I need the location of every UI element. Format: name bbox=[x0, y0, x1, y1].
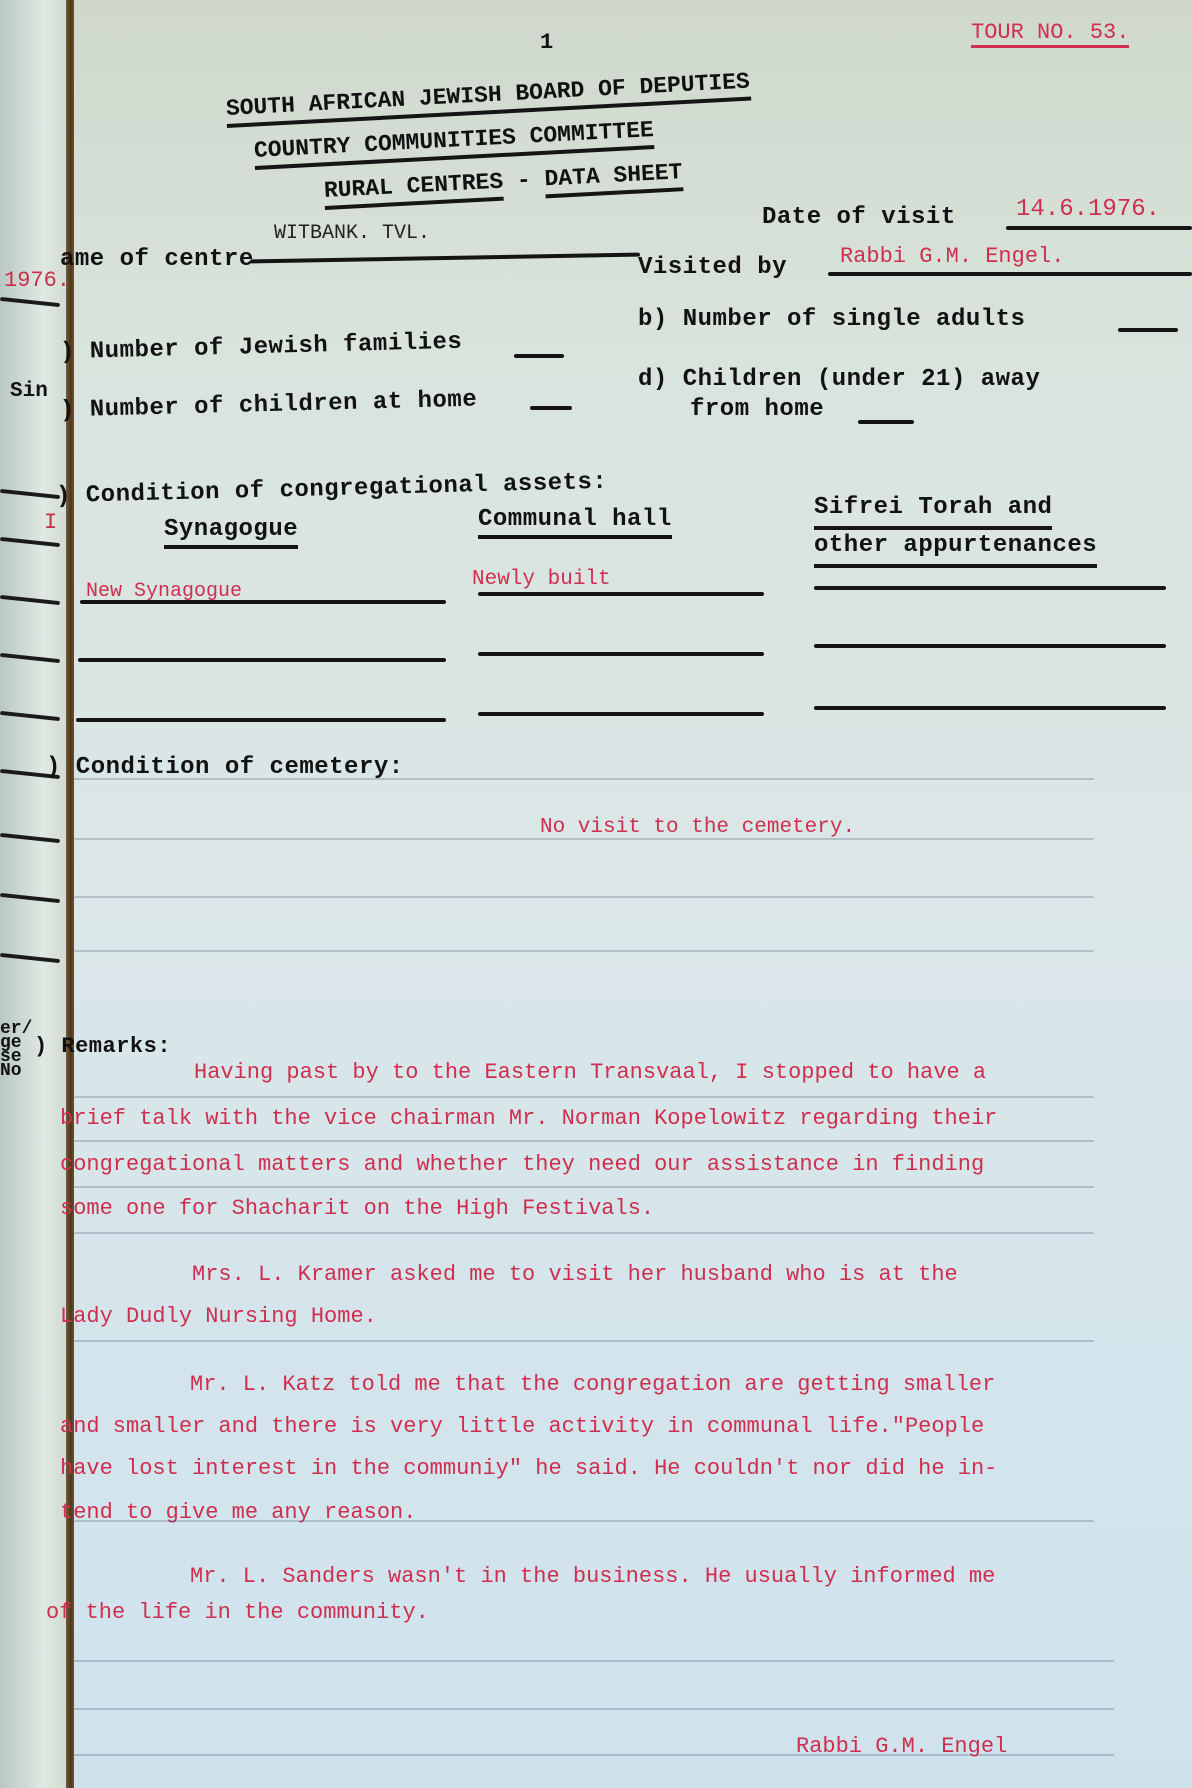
remarks-line bbox=[74, 1232, 1094, 1234]
margin-mark: I bbox=[44, 510, 57, 535]
cemetery-line bbox=[74, 838, 1094, 840]
visited-by-label: Visited by bbox=[638, 254, 787, 281]
committee-title-text: COUNTRY COMMUNITIES COMMITTEE bbox=[253, 117, 654, 170]
remarks-line bbox=[74, 1096, 1094, 1098]
families-field-line[interactable] bbox=[514, 354, 564, 358]
margin-rule bbox=[0, 653, 60, 663]
hall-line-1 bbox=[478, 592, 764, 596]
margin-rule bbox=[0, 711, 60, 721]
tour-number: TOUR NO. 53. bbox=[971, 20, 1129, 48]
margin-rule bbox=[0, 595, 60, 605]
children-away-field-line[interactable] bbox=[858, 420, 914, 424]
page-number: 1 bbox=[540, 30, 554, 55]
margin-remarks-edge: er/ ge se No bbox=[0, 1022, 32, 1078]
centre-field-line bbox=[250, 253, 640, 264]
remarks-p3-line1: Mr. L. Katz told me that the congregatio… bbox=[190, 1372, 995, 1397]
remarks-p3-line2: and smaller and there is very little act… bbox=[60, 1414, 984, 1439]
remarks-label: ) Remarks: bbox=[34, 1034, 171, 1059]
remarks-line bbox=[74, 1520, 1094, 1522]
children-away-label-2: from home bbox=[690, 396, 824, 423]
margin-rule bbox=[0, 833, 60, 843]
sheet-title-a: RURAL CENTRES bbox=[323, 169, 504, 210]
single-adults-field-line[interactable] bbox=[1118, 328, 1178, 332]
margin-edge-text: No bbox=[0, 1064, 32, 1078]
data-sheet-page: 1 TOUR NO. 53. SOUTH AFRICAN JEWISH BOAR… bbox=[74, 0, 1192, 1788]
cemetery-label: ) Condition of cemetery: bbox=[46, 754, 404, 781]
date-value[interactable]: 14.6.1976. bbox=[1016, 196, 1160, 223]
committee-title: COUNTRY COMMUNITIES COMMITTEE bbox=[253, 117, 654, 164]
remarks-p1-line3: congregational matters and whether they … bbox=[60, 1152, 984, 1177]
centre-label: ame of centre bbox=[60, 246, 254, 273]
synagogue-line-3 bbox=[76, 718, 446, 722]
hall-line-3 bbox=[478, 712, 764, 716]
date-label: Date of visit bbox=[762, 204, 956, 231]
remarks-line bbox=[74, 1340, 1094, 1342]
remarks-line bbox=[74, 1708, 1114, 1710]
remarks-line bbox=[74, 1660, 1114, 1662]
asset-col-hall-header: Communal hall bbox=[478, 506, 672, 539]
date-field-line bbox=[1006, 226, 1192, 230]
families-label: ) Number of Jewish families bbox=[60, 329, 463, 367]
hall-condition-1[interactable]: Newly built bbox=[472, 568, 611, 591]
remarks-p2-line1: Mrs. L. Kramer asked me to visit her hus… bbox=[192, 1262, 958, 1287]
remarks-line bbox=[74, 1140, 1094, 1142]
asset-col-synagogue-header: Synagogue bbox=[164, 516, 298, 549]
single-adults-label: b) Number of single adults bbox=[638, 306, 1025, 333]
signature: Rabbi G.M. Engel bbox=[796, 1734, 1007, 1759]
remarks-p1-line2: brief talk with the vice chairman Mr. No… bbox=[60, 1106, 997, 1131]
torah-line-3 bbox=[814, 706, 1166, 710]
margin-sin: Sin bbox=[10, 380, 48, 403]
cemetery-line bbox=[74, 950, 1094, 952]
cemetery-value[interactable]: No visit to the cemetery. bbox=[540, 816, 855, 839]
visited-by-field-line bbox=[828, 272, 1192, 276]
assets-label: ) Condition of congregational assets: bbox=[56, 469, 608, 510]
org-title: SOUTH AFRICAN JEWISH BOARD OF DEPUTIES bbox=[225, 69, 750, 122]
torah-line-1 bbox=[814, 586, 1166, 590]
margin-rule bbox=[0, 537, 60, 547]
torah-header-line1: Sifrei Torah and bbox=[814, 492, 1052, 530]
margin-rule bbox=[0, 893, 60, 903]
margin-rule bbox=[0, 489, 60, 499]
margin-rule bbox=[0, 297, 60, 307]
remarks-p1-line4: some one for Shacharit on the High Festi… bbox=[60, 1196, 654, 1221]
children-home-field-line[interactable] bbox=[530, 406, 572, 410]
torah-header-line2: other appurtenances bbox=[814, 530, 1097, 568]
hall-line-2 bbox=[478, 652, 764, 656]
asset-col-torah-header: Sifrei Torah and other appurtenances bbox=[814, 492, 1097, 568]
margin-rule bbox=[0, 953, 60, 963]
remarks-p2-line2: Lady Dudly Nursing Home. bbox=[60, 1304, 377, 1329]
centre-value[interactable]: WITBANK. TVL. bbox=[274, 222, 430, 245]
sheet-title: RURAL CENTRES - DATA SHEET bbox=[323, 159, 683, 204]
visited-by-value[interactable]: Rabbi G.M. Engel. bbox=[840, 244, 1064, 269]
remarks-p3-line3: have lost interest in the communiy" he s… bbox=[60, 1456, 997, 1481]
remarks-p4-line1: Mr. L. Sanders wasn't in the business. H… bbox=[190, 1564, 995, 1589]
cemetery-line bbox=[74, 896, 1094, 898]
children-away-label: d) Children (under 21) away bbox=[638, 366, 1040, 393]
remarks-p1-line1: Having past by to the Eastern Transvaal,… bbox=[194, 1060, 986, 1085]
cemetery-line bbox=[74, 778, 1094, 780]
sheet-title-sep: - bbox=[516, 167, 531, 194]
sheet-title-b: DATA SHEET bbox=[544, 159, 684, 198]
synagogue-line-2 bbox=[78, 658, 446, 662]
remarks-line bbox=[74, 1186, 1094, 1188]
synagogue-line-1 bbox=[80, 600, 446, 604]
children-home-label: ) Number of children at home bbox=[60, 387, 478, 425]
remarks-p4-line2: of the life in the community. bbox=[46, 1600, 429, 1625]
org-title-text: SOUTH AFRICAN JEWISH BOARD OF DEPUTIES bbox=[225, 69, 750, 128]
torah-line-2 bbox=[814, 644, 1166, 648]
